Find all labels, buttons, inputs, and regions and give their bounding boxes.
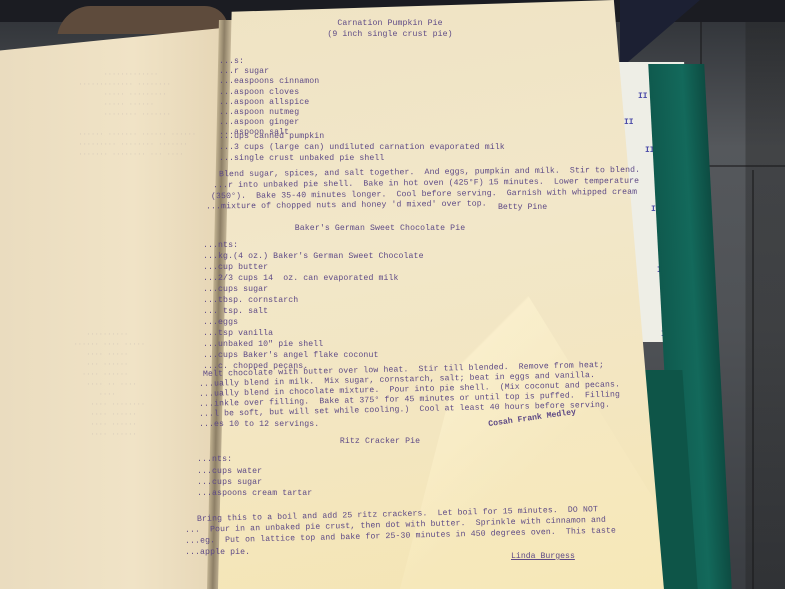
tab-mark: II <box>638 92 648 101</box>
recipe-title: Ritz Cracker Pie <box>300 436 460 448</box>
tile-seam <box>700 165 785 167</box>
ingredients-heading: ...nts: <box>203 240 238 252</box>
recipe-title: Baker's German Sweet Chocolate Pie <box>260 223 500 235</box>
ingredient: ...cup butter <box>203 262 268 274</box>
tile-seam <box>752 170 754 589</box>
ingredient: ...cups water <box>197 466 262 478</box>
bleed-through-text: ············· ············· ········ ···… <box>70 70 196 160</box>
ingredient: ...single crust unbaked pie shell <box>219 153 384 165</box>
ingredients-heading: ...nts: <box>197 454 232 466</box>
instruction-line: ...es 10 to 12 servings. <box>199 419 319 431</box>
ingredient: ...3 cups (large can) undiluted carnatio… <box>219 142 505 154</box>
ingredient: ...kg.(4 oz.) Baker's German Sweet Choco… <box>203 251 424 263</box>
recipe-author: Linda Burgess <box>511 552 575 561</box>
ingredient: ...unbaked 10" pie shell <box>203 339 323 351</box>
ingredient: ...tbsp. cornstarch <box>203 295 298 307</box>
recipe-author: Betty Pine <box>498 203 547 212</box>
recipe-title: Carnation Pumpkin Pie <box>300 18 480 30</box>
ingredient: ... tsp. salt <box>203 306 268 318</box>
ingredient: ...cups sugar <box>203 284 268 296</box>
ingredient: ...cups sugar <box>197 477 262 489</box>
ingredient: ...ups canned pumpkin <box>219 131 324 143</box>
recipe-subtitle: (9 inch single crust pie) <box>300 29 480 41</box>
tab-mark: II <box>624 118 634 127</box>
instruction-line: ...apple pie. <box>185 547 250 559</box>
ingredient: ...eggs <box>203 317 238 329</box>
bleed-through-text: ·········· ······ ···· ····· ···· ····· … <box>40 330 145 440</box>
ingredient: ...tsp vanilla <box>203 328 273 340</box>
ingredient: ...cups Baker's angel flake coconut <box>203 350 378 362</box>
ingredient: ...easpoons cinnamon <box>219 76 319 88</box>
ingredient: ...2/3 cups 14 oz. can evaporated milk <box>203 273 399 285</box>
ingredient: ...aspoons cream tartar <box>197 488 312 500</box>
